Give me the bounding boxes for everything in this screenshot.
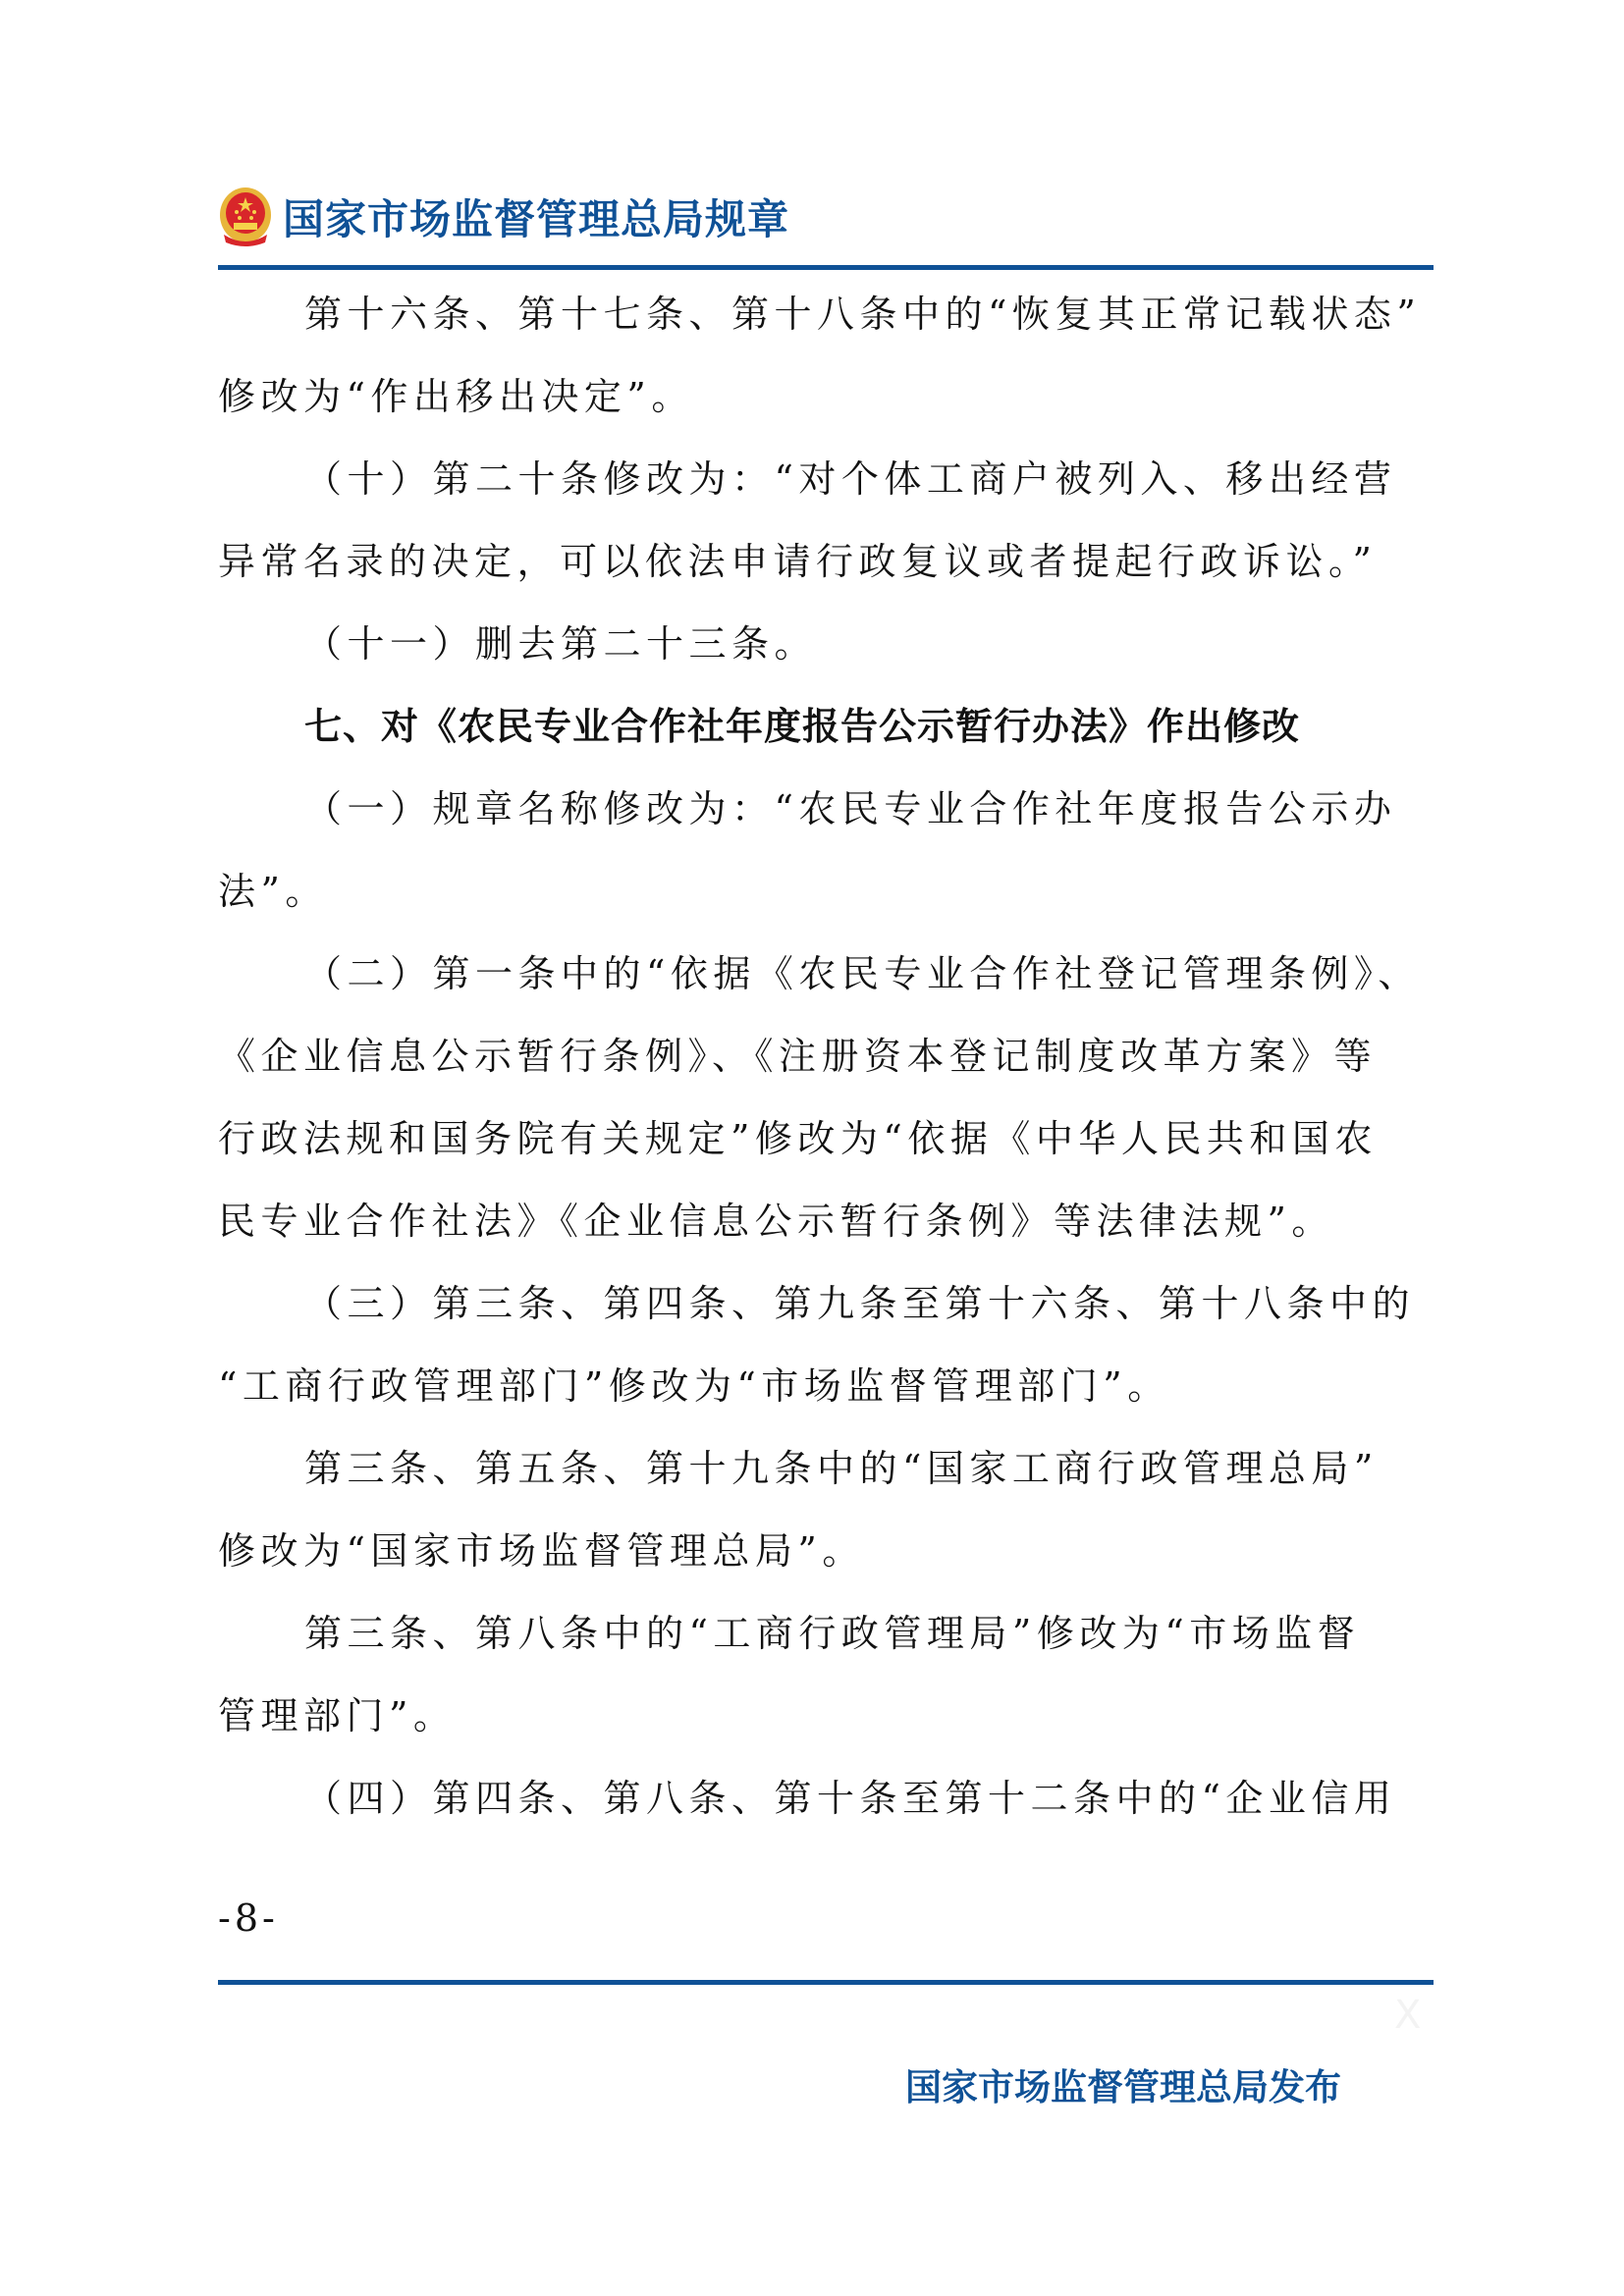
paragraph-line: 第十六条、第十七条、第十八条中的“恢复其正常记载状态” <box>218 287 1434 369</box>
paragraph-line: （十）第二十条修改为：“对个体工商户被列入、移出经营 <box>218 452 1434 534</box>
page-header: 国家市场监督管理总局规章 <box>218 183 789 251</box>
paragraph-line: 修改为“国家市场监督管理总局”。 <box>218 1523 1434 1606</box>
paragraph-line: （四）第四条、第八条、第十条至第十二条中的“企业信用 <box>218 1771 1434 1853</box>
paragraph-line: （三）第三条、第四条、第九条至第十六条、第十八条中的 <box>218 1276 1434 1359</box>
paragraph-line: 修改为“作出移出决定”。 <box>218 369 1434 452</box>
paragraph-line: 法”。 <box>218 864 1434 946</box>
page-number: -8- <box>218 1896 279 1940</box>
paragraph-line: （一）规章名称修改为：“农民专业合作社年度报告公示办 <box>218 781 1434 864</box>
paragraph-line: 行政法规和国务院有关规定”修改为“依据《中华人民共和国农 <box>218 1111 1434 1194</box>
header-title: 国家市场监督管理总局规章 <box>283 187 789 246</box>
paragraph-line: 第三条、第八条中的“工商行政管理局”修改为“市场监督 <box>218 1606 1434 1688</box>
paragraph-line: 第三条、第五条、第十九条中的“国家工商行政管理总局” <box>218 1441 1434 1523</box>
section-heading: 七、对《农民专业合作社年度报告公示暂行办法》作出修改 <box>218 699 1434 781</box>
header-rule <box>218 265 1434 270</box>
watermark-mark: X <box>1394 1993 1421 2038</box>
paragraph-line: 异常名录的决定，可以依法申请行政复议或者提起行政诉讼。” <box>218 534 1434 616</box>
paragraph-line: 管理部门”。 <box>218 1688 1434 1771</box>
paragraph-line: （二）第一条中的“依据《农民专业合作社登记管理条例》、 <box>218 946 1434 1029</box>
footer-publisher: 国家市场监督管理总局发布 <box>905 2057 1341 2110</box>
national-emblem-icon <box>218 186 273 248</box>
paragraph-line: “工商行政管理部门”修改为“市场监督管理部门”。 <box>218 1359 1434 1441</box>
paragraph-line: （十一）删去第二十三条。 <box>218 616 1434 699</box>
document-body: 第十六条、第十七条、第十八条中的“恢复其正常记载状态” 修改为“作出移出决定”。… <box>218 287 1434 1853</box>
paragraph-line: 民专业合作社法》《企业信息公示暂行条例》等法律法规”。 <box>218 1194 1434 1276</box>
footer-rule <box>218 1980 1434 1985</box>
paragraph-line: 《企业信息公示暂行条例》、《注册资本登记制度改革方案》等 <box>218 1029 1434 1111</box>
